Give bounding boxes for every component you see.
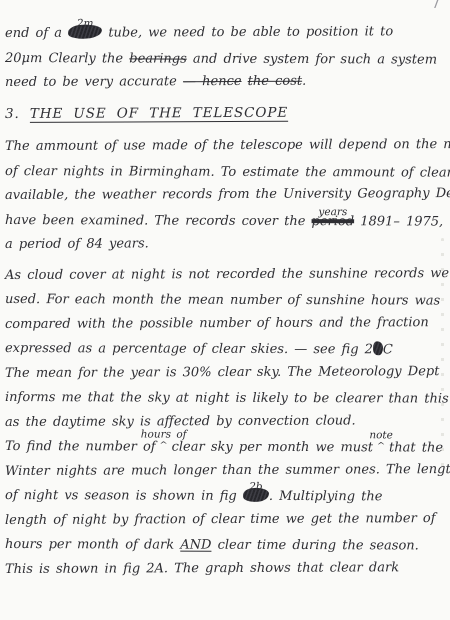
text-segment: need to be very accurate xyxy=(5,74,183,90)
text-segment: expressed as a percentage of clear skies… xyxy=(5,341,373,357)
annotated-segment: 2m xyxy=(68,22,102,47)
text-segment: a period of 84 years. xyxy=(5,236,149,252)
handwritten-line: Winter nights are much longer than the s… xyxy=(5,458,447,484)
annotated-segment xyxy=(373,338,383,363)
text-segment: . xyxy=(302,74,306,89)
underlined-text: AND xyxy=(180,538,211,553)
struck-text: bearings xyxy=(129,51,187,66)
superscript-insertion: 2m xyxy=(77,19,94,30)
caret-insertion: hours of^ xyxy=(156,438,172,451)
text-segment: To find the number of xyxy=(5,439,156,455)
text-segment: of clear nights in Birmingham. To estima… xyxy=(5,164,450,181)
text-segment: . Multiplying the xyxy=(269,489,383,504)
paragraph: As cloud cover at night is not recorded … xyxy=(5,264,447,583)
text-segment: 3. xyxy=(5,105,30,121)
text-segment: This is shown in fig 2A. The graph shows… xyxy=(5,560,399,577)
text-segment: 20μm Clearly the xyxy=(5,51,129,66)
notebook-page: 7 end of a 2m tube, we need to be able t… xyxy=(0,0,450,620)
text-segment: hours per month of dark xyxy=(5,537,180,553)
text-segment: available, the weather records from the … xyxy=(5,186,450,203)
section-heading: 3. THE USE OF THE TELESCOPE xyxy=(5,102,447,127)
text-segment: compared with the possible number of hou… xyxy=(5,315,429,332)
text-segment: and drive system for such a system xyxy=(187,51,437,67)
handwritten-line: need to be very accurate — hence the cos… xyxy=(5,69,447,95)
handwritten-line: The mean for the year is 30% clear sky. … xyxy=(5,360,447,386)
handwritten-line: end of a 2m tube, we need to be able to … xyxy=(5,20,447,46)
handwritten-line: To find the number ofhours of^clear sky … xyxy=(5,435,447,461)
text-segment: The ammount of use made of the telescope… xyxy=(5,137,450,154)
handwritten-line: hours per month of dark AND clear time d… xyxy=(5,533,447,559)
text-segment: end of a xyxy=(5,26,68,41)
handwritten-line: a period of 84 years. xyxy=(5,231,447,257)
text-segment: have been examined. The records cover th… xyxy=(5,213,312,229)
handwriting-content: end of a 2m tube, we need to be able to … xyxy=(5,22,447,588)
text-segment: clear sky per month we must xyxy=(172,440,373,456)
text-segment: The mean for the year is 30% clear sky. … xyxy=(5,364,440,381)
struck-text: the cost xyxy=(248,74,303,89)
text-segment: as the daytime sky is affected by convec… xyxy=(5,413,356,430)
handwritten-line: As cloud cover at night is not recorded … xyxy=(5,262,447,288)
text-segment: that the xyxy=(389,440,443,455)
text-segment: tube, we need to be able to position it … xyxy=(102,24,393,40)
text-segment: informs me that the sky at night is like… xyxy=(5,390,449,407)
scribbled-out-word xyxy=(373,341,384,355)
text-segment: clear time during the season. xyxy=(211,538,418,554)
page-number: 7 xyxy=(432,0,440,12)
handwritten-line: length of night by fraction of clear tim… xyxy=(5,507,447,533)
caret-mark: ^ xyxy=(377,436,385,456)
text-segment: used. For each month the mean number of … xyxy=(5,292,440,309)
caret-mark: ^ xyxy=(159,435,167,455)
text-segment: length of night by fraction of clear tim… xyxy=(5,511,436,528)
handwritten-line: used. For each month the mean number of … xyxy=(5,288,447,314)
text-segment: of night vs season is shown in fig xyxy=(5,488,243,504)
handwritten-line: The ammount of use made of the telescope… xyxy=(5,133,447,159)
paragraph: The ammount of use made of the telescope… xyxy=(5,135,447,258)
superscript-insertion: years xyxy=(318,207,347,218)
text-segment: C xyxy=(383,342,393,357)
annotated-segment: 2b xyxy=(243,485,269,510)
handwritten-line: available, the weather records from the … xyxy=(5,182,447,208)
text-segment: Winter nights are much longer than the s… xyxy=(5,462,450,479)
heading-title: THE USE OF THE TELESCOPE xyxy=(30,104,288,121)
handwritten-line: informs me that the sky at night is like… xyxy=(5,386,447,412)
superscript-insertion: 2b xyxy=(249,482,262,493)
handwritten-line: of night vs season is shown in fig 2b. M… xyxy=(5,484,447,510)
handwritten-line: This is shown in fig 2A. The graph shows… xyxy=(5,556,447,582)
handwritten-line: expressed as a percentage of clear skies… xyxy=(5,337,447,363)
paragraph: end of a 2m tube, we need to be able to … xyxy=(5,22,447,96)
text-segment: As cloud cover at night is not recorded … xyxy=(5,266,450,283)
handwritten-line: 3. THE USE OF THE TELESCOPE xyxy=(5,100,447,126)
caret-insertion: note^ xyxy=(373,438,389,451)
handwritten-line: compared with the possible number of hou… xyxy=(5,311,447,337)
struck-text: — hence xyxy=(183,74,242,89)
text-segment: 1891– 1975, xyxy=(354,214,443,229)
